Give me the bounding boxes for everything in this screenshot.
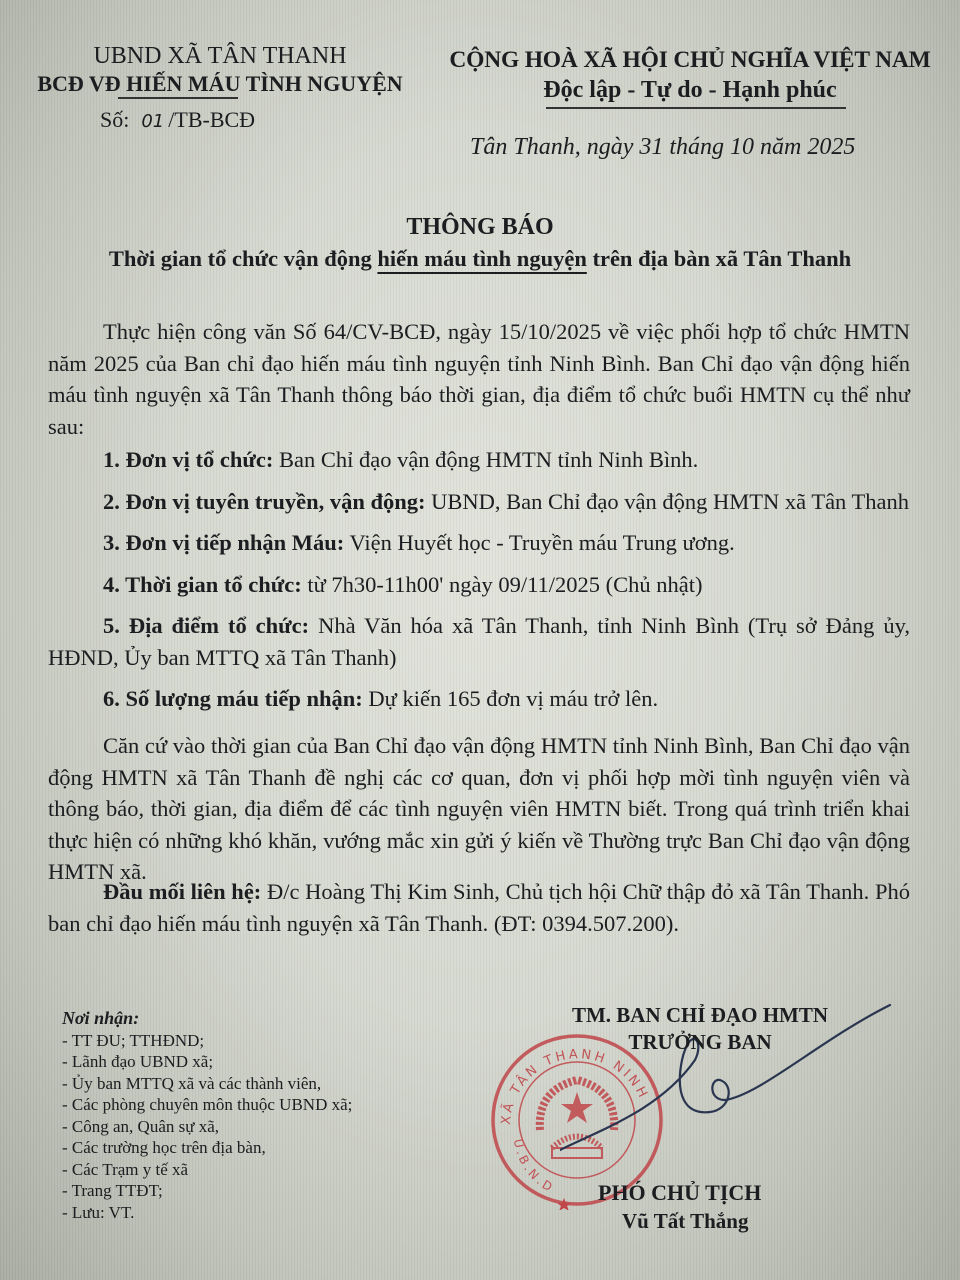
- contact-label: Đầu mối liên hệ:: [103, 879, 261, 904]
- issuing-authority-line2: BCĐ VĐ HIẾN MÁU TÌNH NGUYỆN: [0, 70, 440, 98]
- detail-item-label: 5. Địa điểm tổ chức:: [103, 613, 309, 638]
- detail-item: 5. Địa điểm tổ chức: Nhà Văn hóa xã Tân …: [48, 610, 910, 673]
- issuing-authority-block: UBND XÃ TÂN THANH BCĐ VĐ HIẾN MÁU TÌNH N…: [0, 42, 440, 133]
- details-list: 1. Đơn vị tổ chức: Ban Chỉ đạo vận động …: [48, 444, 910, 725]
- document-number: Số:01/TB-BCĐ: [100, 107, 440, 133]
- detail-item-value: từ 7h30-11h00' ngày 09/11/2025 (Chủ nhật…: [302, 572, 703, 597]
- national-header-block: CỘNG HOÀ XÃ HỘI CHỦ NGHĨA VIỆT NAM Độc l…: [420, 45, 960, 109]
- request-paragraph: Căn cứ vào thời gian của Ban Chỉ đạo vận…: [48, 730, 910, 888]
- recipients-block: Nơi nhận: - TT ĐU; TTHĐND;- Lãnh đạo UBN…: [62, 1008, 352, 1223]
- svg-text:U.B.N.D: U.B.N.D: [511, 1138, 557, 1196]
- signature-on-behalf: TM. BAN CHỈ ĐẠO HMTN: [500, 1002, 900, 1029]
- detail-item-label: 1. Đơn vị tổ chức:: [103, 447, 273, 472]
- detail-item-label: 3. Đơn vị tiếp nhận Máu:: [103, 530, 344, 555]
- detail-item: 2. Đơn vị tuyên truyền, vận động: UBND, …: [48, 486, 910, 518]
- detail-item: 4. Thời gian tổ chức: từ 7h30-11h00' ngà…: [48, 569, 910, 601]
- subtitle-part-1: Thời gian tổ chức vận động: [109, 246, 378, 271]
- header-right-rule: [546, 107, 846, 109]
- issuing-authority-line1: UBND XÃ TÂN THANH: [0, 42, 440, 70]
- subtitle-underlined: hiến máu tình nguyện: [377, 246, 586, 271]
- signature-role: TRƯỞNG BAN: [500, 1029, 900, 1056]
- document-date: Tân Thanh, ngày 31 tháng 10 năm 2025: [470, 134, 855, 161]
- intro-paragraph-block: Thực hiện công văn Số 64/CV-BCĐ, ngày 15…: [48, 316, 910, 442]
- subtitle-part-2: trên địa bàn xã Tân Thanh: [587, 246, 851, 271]
- recipient-item: - Các phòng chuyên môn thuộc UBND xã;: [62, 1094, 352, 1116]
- detail-item-label: 4. Thời gian tổ chức:: [103, 572, 302, 597]
- contact-paragraph-block: Đầu mối liên hệ: Đ/c Hoàng Thị Kim Sinh,…: [48, 876, 910, 939]
- signer-name: Vũ Tất Thắng: [622, 1209, 748, 1234]
- signer-position: PHÓ CHỦ TỊCH: [598, 1180, 761, 1206]
- recipient-item: - Ủy ban MTTQ xã và các thành viên,: [62, 1073, 352, 1095]
- detail-item: 6. Số lượng máu tiếp nhận: Dự kiến 165 đ…: [48, 683, 910, 715]
- contact-paragraph: Đầu mối liên hệ: Đ/c Hoàng Thị Kim Sinh,…: [48, 876, 910, 939]
- detail-item-label: 6. Số lượng máu tiếp nhận:: [103, 686, 363, 711]
- detail-item: 3. Đơn vị tiếp nhận Máu: Viện Huyết học …: [48, 527, 910, 559]
- recipients-heading: Nơi nhận:: [62, 1008, 352, 1030]
- detail-item-value: Dự kiến 165 đơn vị máu trở lên.: [363, 686, 658, 711]
- request-paragraph-block: Căn cứ vào thời gian của Ban Chỉ đạo vận…: [48, 730, 910, 888]
- document-subtitle: Thời gian tổ chức vận động hiến máu tình…: [0, 246, 960, 272]
- recipients-list: - TT ĐU; TTHĐND;- Lãnh đạo UBND xã;- Ủy …: [62, 1030, 352, 1224]
- recipient-item: - Các Trạm y tế xã: [62, 1159, 352, 1181]
- detail-item-label: 2. Đơn vị tuyên truyền, vận động:: [103, 489, 426, 514]
- recipient-item: - Công an, Quân sự xã,: [62, 1116, 352, 1138]
- detail-item-value: Viện Huyết học - Truyền máu Trung ương.: [344, 530, 734, 555]
- document-number-label: Số:: [100, 107, 129, 132]
- detail-item-value: UBND, Ban Chỉ đạo vận động HMTN xã Tân T…: [426, 489, 910, 514]
- signature-block: TM. BAN CHỈ ĐẠO HMTN TRƯỞNG BAN PHÓ CHỦ …: [500, 1002, 900, 1056]
- recipient-item: - TT ĐU; TTHĐND;: [62, 1030, 352, 1052]
- intro-paragraph: Thực hiện công văn Số 64/CV-BCĐ, ngày 15…: [48, 316, 910, 442]
- document-number-suffix: /TB-BCĐ: [168, 107, 255, 132]
- national-motto: Độc lập - Tự do - Hạnh phúc: [420, 75, 960, 105]
- recipient-item: - Lãnh đạo UBND xã;: [62, 1051, 352, 1073]
- document-number-value: 01: [141, 111, 164, 132]
- recipient-item: - Các trường học trên địa bàn,: [62, 1137, 352, 1159]
- document-title: THÔNG BÁO: [0, 214, 960, 241]
- recipient-item: - Trang TTĐT;: [62, 1180, 352, 1202]
- recipient-item: - Lưu: VT.: [62, 1202, 352, 1224]
- detail-item-value: Ban Chỉ đạo vận động HMTN tỉnh Ninh Bình…: [273, 447, 698, 472]
- national-title: CỘNG HOÀ XÃ HỘI CHỦ NGHĨA VIỆT NAM: [420, 45, 960, 75]
- detail-item: 1. Đơn vị tổ chức: Ban Chỉ đạo vận động …: [48, 444, 910, 476]
